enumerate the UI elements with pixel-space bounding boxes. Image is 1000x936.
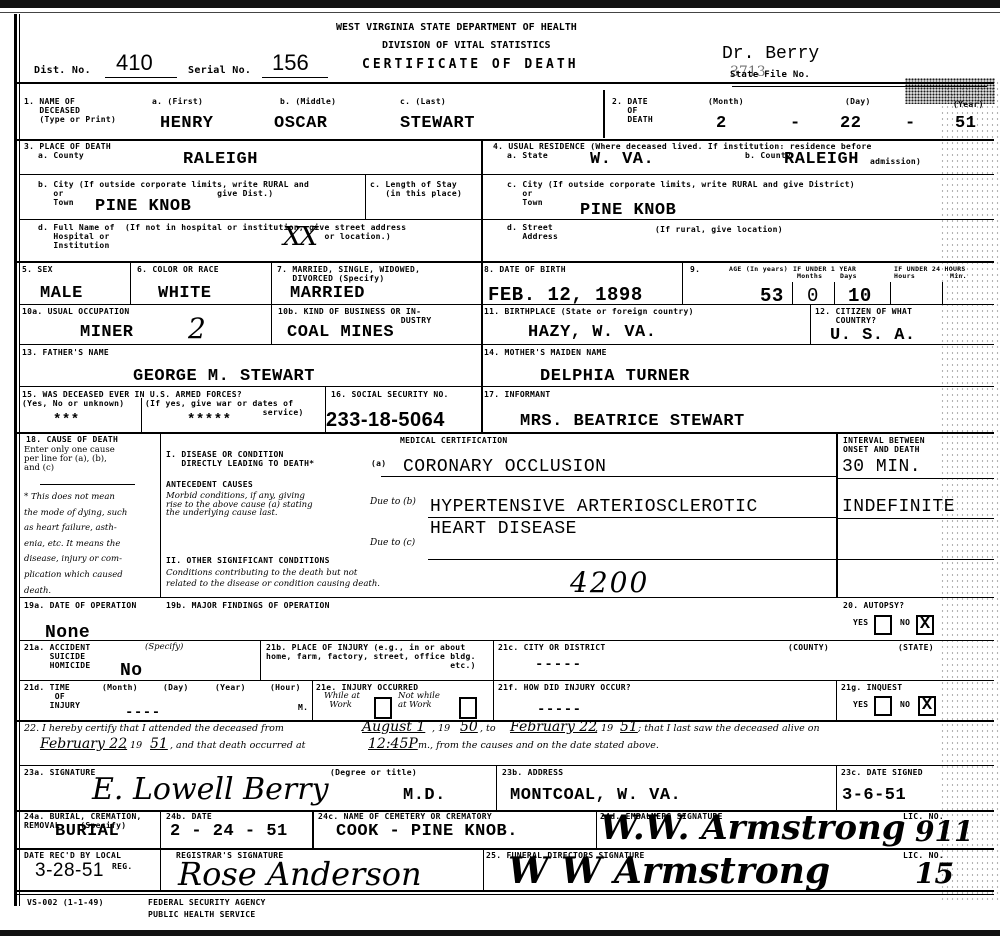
dob-label: 8. DATE OF BIRTH bbox=[484, 265, 566, 274]
father-label: 13. FATHER'S NAME bbox=[22, 348, 109, 357]
cemetery-label: 24c. NAME OF CEMETERY OR CREMATORY bbox=[318, 812, 492, 821]
other-conditions-label: II. OTHER SIGNIFICANT CONDITIONS bbox=[166, 556, 330, 565]
cemetery-value: COOK - PINE KNOB. bbox=[336, 822, 518, 841]
frame-left-inner bbox=[19, 14, 20, 906]
interval-a-line bbox=[838, 478, 994, 479]
row22-divider bbox=[20, 765, 994, 766]
dob-value: FEB. 12, 1898 bbox=[488, 284, 643, 306]
death-day-value: 22 bbox=[840, 114, 861, 133]
row4b-divider bbox=[482, 219, 994, 220]
accident-label: 21a. ACCIDENT SUICIDE HOMICIDE bbox=[24, 643, 91, 670]
interval-divider bbox=[836, 432, 838, 597]
dist-no-value: 410 bbox=[116, 50, 153, 76]
public-health-service: PUBLIC HEALTH SERVICE bbox=[148, 910, 255, 919]
row5-divider bbox=[20, 304, 994, 305]
hospital-label: d. Full Name of (If not in hospital or i… bbox=[38, 223, 406, 250]
certify-text-3: , and that death occurred at bbox=[170, 741, 305, 750]
burial-date-label: 24b. DATE bbox=[166, 812, 212, 821]
attended-from-date: August 1 bbox=[362, 719, 425, 735]
antecedent-label: ANTECEDENT CAUSES bbox=[166, 480, 253, 489]
cause-left-divider bbox=[160, 432, 161, 597]
registrar-signature: Rose Anderson bbox=[178, 855, 422, 893]
injury-month-label: (Month) bbox=[102, 683, 138, 692]
cause-instructions: Enter only one cause per line for (a), (… bbox=[24, 446, 115, 473]
to-year-prefix: , 19 bbox=[595, 724, 613, 733]
federal-agency: FEDERAL SECURITY AGENCY bbox=[148, 898, 266, 907]
scan-edge-top bbox=[0, 0, 1000, 8]
autopsy-no-checkbox[interactable]: X bbox=[916, 615, 934, 635]
row24-divider bbox=[14, 848, 994, 850]
degree-label: (Degree or title) bbox=[330, 768, 417, 777]
date-signed-value: 3-6-51 bbox=[842, 786, 906, 805]
race-value: WHITE bbox=[158, 284, 212, 303]
agency-title: WEST VIRGINIA STATE DEPARTMENT OF HEALTH bbox=[336, 22, 577, 33]
residence-city-value: PINE KNOB bbox=[580, 201, 676, 220]
to-label: , to bbox=[480, 724, 496, 733]
cause-c-label: Due to (c) bbox=[370, 539, 415, 548]
injury-day-label: (Day) bbox=[163, 683, 189, 692]
accident-specify: (Specify) bbox=[145, 643, 183, 652]
cause-instr-rule bbox=[40, 484, 135, 485]
hours-label: Hours bbox=[894, 272, 915, 281]
inquest-no-label: NO bbox=[900, 700, 910, 709]
death-year-label: (Year) bbox=[953, 100, 984, 109]
25a-25b-divider bbox=[160, 848, 161, 890]
age-years-label: AGE (In years) bbox=[729, 265, 788, 274]
burial-date-value: 2 - 24 - 51 bbox=[170, 822, 288, 841]
doctor-annotation: Dr. Berry bbox=[722, 44, 819, 64]
embalmer-signature: W.W. Armstrong bbox=[600, 808, 906, 848]
serial-no-value: 156 bbox=[272, 50, 309, 76]
21f-21g-divider bbox=[836, 680, 837, 720]
cause-a-value: CORONARY OCCLUSION bbox=[403, 457, 606, 477]
cause-footnote: * This does not mean the mode of dying, … bbox=[24, 490, 127, 599]
ssn-label: 16. SOCIAL SECURITY NO. bbox=[331, 390, 449, 399]
first-name-label: a. (First) bbox=[152, 97, 203, 106]
inquest-no-checkbox[interactable]: X bbox=[918, 696, 936, 716]
months-label: Months bbox=[797, 272, 822, 281]
citizen-divider bbox=[810, 304, 811, 344]
cause-b-interval: INDEFINITE bbox=[842, 497, 955, 517]
marital-value: MARRIED bbox=[290, 284, 365, 303]
cause-a-line bbox=[381, 476, 836, 477]
last-name-value: STEWART bbox=[400, 114, 475, 133]
race-label: 6. COLOR OR RACE bbox=[137, 265, 219, 274]
degree-value: M.D. bbox=[403, 786, 446, 805]
min-label: Min. bbox=[950, 272, 967, 281]
inquest-label: 21g. INQUEST bbox=[841, 683, 902, 692]
age-div-4 bbox=[942, 282, 943, 304]
disposition-value: BURIAL bbox=[55, 822, 119, 841]
injury-meridiem-label: M. bbox=[298, 703, 308, 712]
row3a-divider bbox=[20, 174, 481, 175]
street-label: d. Street Address bbox=[507, 223, 558, 241]
middle-name-value: OSCAR bbox=[274, 114, 328, 133]
form-number: VS-002 (1-1-49) bbox=[27, 898, 104, 907]
autopsy-label: 20. AUTOPSY? bbox=[843, 601, 904, 610]
cause-i-label: I. DISEASE OR CONDITION DIRECTLY LEADING… bbox=[166, 450, 314, 468]
cause-a-interval: 30 MIN. bbox=[842, 457, 921, 477]
time-of-injury-label: 21d. TIME OF INJURY bbox=[24, 683, 80, 710]
armed-forces-value-a: *** bbox=[53, 412, 80, 428]
injury-state-label: (STATE) bbox=[898, 643, 934, 652]
mother-label: 14. MOTHER'S MAIDEN NAME bbox=[484, 348, 607, 357]
place-of-injury-label: 21b. PLACE OF INJURY (e.g., in or about … bbox=[266, 643, 476, 670]
col-split-16 bbox=[481, 386, 483, 432]
birthplace-value: HAZY, W. VA. bbox=[528, 323, 656, 342]
signature-label: 23a. SIGNATURE bbox=[24, 768, 96, 777]
middle-name-label: b. (Middle) bbox=[280, 97, 336, 106]
scan-noise bbox=[940, 80, 1000, 900]
injury-year-label: (Year) bbox=[215, 683, 246, 692]
to-year: 51 bbox=[620, 719, 638, 735]
address-label: 23b. ADDRESS bbox=[502, 768, 563, 777]
birthplace-label: 11. BIRTHPLACE (State or foreign country… bbox=[484, 307, 694, 316]
stay-divider bbox=[365, 174, 366, 219]
admission-label: admission) bbox=[870, 157, 921, 166]
row3-4-divider bbox=[14, 261, 994, 263]
armed-forces-div bbox=[141, 398, 142, 432]
24a-24b-divider bbox=[160, 810, 161, 848]
death-sep-1: - bbox=[790, 114, 801, 133]
col-split-13 bbox=[481, 344, 483, 386]
frame-left bbox=[14, 14, 17, 906]
death-time: 12:45P bbox=[368, 736, 418, 752]
other-conditions-sub: Conditions contributing to the death but… bbox=[166, 568, 380, 590]
cause-b-value-2: HEART DISEASE bbox=[430, 519, 577, 539]
inquest-yes-label: YES bbox=[853, 700, 868, 709]
23b-23c-divider bbox=[836, 765, 837, 810]
first-name-value: HENRY bbox=[160, 114, 214, 133]
21a-21b-divider bbox=[260, 640, 261, 680]
age-div-2 bbox=[834, 282, 835, 304]
residence-state-label: a. State bbox=[507, 151, 548, 160]
item3-label: 3. PLACE OF DEATH bbox=[24, 142, 111, 151]
frame-top bbox=[0, 12, 1000, 13]
funeral-lic-no: 15 bbox=[915, 857, 954, 890]
header-divider bbox=[14, 82, 994, 84]
death-year-value: 51 bbox=[955, 114, 976, 133]
occupation-value: MINER bbox=[80, 323, 134, 342]
autopsy-yes-label: YES bbox=[853, 618, 868, 627]
serial-no-label: Serial No. bbox=[188, 66, 251, 75]
sex-race-divider bbox=[130, 261, 131, 304]
place-county-label: a. County bbox=[38, 151, 84, 160]
injury-city-label: 21c. CITY OR DISTRICT bbox=[498, 643, 605, 652]
item2-divider bbox=[603, 90, 605, 138]
23a-23b-divider bbox=[496, 765, 497, 810]
24c-24d-divider bbox=[596, 810, 597, 848]
injury-city-value: ----- bbox=[535, 657, 582, 673]
ssn-value: 233-18-5064 bbox=[326, 409, 445, 432]
time-of-injury-value: ---- bbox=[125, 705, 161, 721]
age-div-3 bbox=[890, 282, 891, 304]
other-conditions-code: 4200 bbox=[570, 566, 649, 599]
certify-text-1: 22. I hereby certify that I attended the… bbox=[24, 724, 284, 733]
accident-value: No bbox=[120, 661, 143, 681]
interval-b-line bbox=[838, 518, 994, 519]
autopsy-no-label: NO bbox=[900, 618, 910, 627]
age-div-1 bbox=[792, 282, 793, 304]
date-received-label: DATE REC'D BY LOCAL bbox=[24, 851, 121, 860]
bottom-rule-2 bbox=[14, 894, 994, 895]
state-file-line bbox=[732, 86, 987, 87]
while-at-work-label: While at Work bbox=[324, 692, 360, 710]
cause-of-death-label: 18. CAUSE OF DEATH bbox=[26, 435, 118, 444]
occupation-code: 2 bbox=[188, 312, 206, 345]
death-sep-2: - bbox=[905, 114, 916, 133]
not-at-work-label: Not while at Work bbox=[398, 692, 440, 710]
last-year-prefix: , 19 bbox=[124, 741, 142, 750]
certificate-title: CERTIFICATE OF DEATH bbox=[362, 57, 579, 72]
race-married-divider bbox=[271, 261, 272, 344]
place-county-value: RALEIGH bbox=[183, 150, 258, 169]
residence-city-label: c. City (If outside corporate limits, wr… bbox=[507, 180, 855, 207]
last-seen-year: 51 bbox=[150, 736, 168, 752]
place-city-value: PINE KNOB bbox=[95, 197, 191, 216]
from-year-prefix: , 19 bbox=[432, 724, 450, 733]
operation-date-label: 19a. DATE OF OPERATION bbox=[24, 601, 137, 610]
sex-value: MALE bbox=[40, 284, 83, 303]
attended-to-date: February 22 bbox=[510, 719, 597, 735]
item2-label: 2. DATE OF DEATH bbox=[612, 97, 653, 124]
citizenship-value: U. S. A. bbox=[830, 326, 916, 345]
embalmer-lic-no: 911 bbox=[915, 815, 973, 848]
father-value: GEORGE M. STEWART bbox=[133, 367, 315, 386]
row10-divider bbox=[20, 344, 994, 345]
armed-forces-value-b: ***** bbox=[187, 412, 232, 428]
death-certificate: WEST VIRGINIA STATE DEPARTMENT OF HEALTH… bbox=[0, 0, 1000, 936]
funeral-director-signature: W W Armstrong bbox=[508, 850, 830, 892]
cause-b-label: Due to (b) bbox=[370, 498, 416, 507]
last-name-label: c. (Last) bbox=[400, 97, 446, 106]
last-seen-date: February 22 bbox=[40, 736, 127, 752]
informant-value: MRS. BEATRICE STEWART bbox=[520, 412, 745, 431]
row1-divider bbox=[14, 139, 994, 141]
operation-findings-label: 19b. MAJOR FINDINGS OF OPERATION bbox=[166, 601, 330, 610]
death-month-label: (Month) bbox=[708, 97, 744, 106]
citizenship-label: 12. CITIZEN OF WHAT COUNTRY? bbox=[815, 307, 912, 325]
dist-no-line bbox=[105, 77, 177, 78]
days-label: Days bbox=[840, 272, 857, 281]
inquest-yes-checkbox[interactable] bbox=[874, 696, 892, 716]
cause-b-line bbox=[428, 517, 836, 518]
mother-value: DELPHIA TURNER bbox=[540, 367, 690, 386]
death-day-label: (Day) bbox=[845, 97, 871, 106]
injury-hour-label: (Hour) bbox=[270, 683, 301, 692]
occupation-label: 10a. USUAL OCCUPATION bbox=[22, 307, 129, 316]
sex-label: 5. SEX bbox=[22, 265, 53, 274]
row19-divider bbox=[20, 640, 994, 641]
cause-a-label: (a) bbox=[371, 459, 386, 468]
how-injury-value: ----- bbox=[537, 702, 582, 718]
21d-21e-divider bbox=[312, 680, 313, 720]
armed-forces-label: 15. WAS DECEASED EVER IN U.S. ARMED FORC… bbox=[22, 390, 242, 399]
dist-no-label: Dist. No. bbox=[34, 66, 91, 75]
date-received-value: 3-28-51 bbox=[35, 860, 104, 882]
25b-25c-divider bbox=[483, 848, 484, 890]
death-month-value: 2 bbox=[716, 114, 727, 133]
row13-divider bbox=[20, 386, 994, 387]
while-at-work-checkbox[interactable] bbox=[374, 697, 392, 719]
armed-forces-sub-a: (Yes, No or unknown) bbox=[22, 399, 124, 408]
item1-label: 1. NAME OF DECEASED (Type or Print) bbox=[24, 97, 116, 124]
medical-certification-title: MEDICAL CERTIFICATION bbox=[400, 436, 507, 445]
row4a-divider bbox=[482, 174, 994, 175]
reg-label: REG. bbox=[112, 862, 132, 871]
row15-divider bbox=[14, 432, 994, 434]
certify-text-2: ; that I last saw the deceased alive on bbox=[638, 724, 820, 733]
scan-edge-bottom bbox=[0, 930, 1000, 936]
division-title: DIVISION OF VITAL STATISTICS bbox=[382, 40, 551, 51]
informant-label: 17. INFORMANT bbox=[484, 390, 551, 399]
date-signed-label: 23c. DATE SIGNED bbox=[841, 768, 923, 777]
cause-c-line bbox=[428, 559, 836, 560]
morbid-conditions-label: Morbid conditions, if any, giving rise t… bbox=[166, 492, 313, 518]
row21a-divider bbox=[20, 680, 994, 681]
serial-no-line bbox=[262, 77, 328, 78]
residence-state-value: W. VA. bbox=[590, 150, 654, 169]
industry-value: COAL MINES bbox=[287, 323, 394, 342]
bottom-rule bbox=[14, 890, 994, 892]
rural-location-label: (If rural, give location) bbox=[655, 225, 783, 234]
24b-24c-divider bbox=[312, 810, 314, 848]
from-year: 50 bbox=[460, 719, 478, 735]
interval-c-line bbox=[838, 559, 994, 560]
marital-label: 7. MARRIED, SINGLE, WIDOWED, DIVORCED (S… bbox=[277, 265, 420, 283]
length-of-stay-label: c. Length of Stay (in this place) bbox=[370, 180, 462, 198]
age-item-label: 9. bbox=[690, 265, 700, 274]
interval-label: INTERVAL BETWEEN ONSET AND DEATH bbox=[843, 436, 925, 454]
not-at-work-checkbox[interactable] bbox=[459, 697, 477, 719]
physician-signature: E. Lowell Berry bbox=[92, 772, 329, 807]
how-injury-label: 21f. HOW DID INJURY OCCUR? bbox=[498, 683, 631, 692]
row18-divider bbox=[20, 597, 994, 598]
dob-age-divider bbox=[682, 261, 683, 304]
row21-divider bbox=[14, 720, 994, 722]
cause-b-value-1: HYPERTENSIVE ARTERIOSCLEROTIC bbox=[430, 497, 758, 517]
address-value: MONTCOAL, W. VA. bbox=[510, 786, 681, 805]
col-split-3-4 bbox=[481, 139, 483, 261]
certify-text-4: m., from the causes and on the date stat… bbox=[418, 741, 659, 750]
row3b-divider bbox=[20, 219, 481, 220]
residence-county-value: RALEIGH bbox=[784, 150, 859, 169]
injury-county-label: (COUNTY) bbox=[788, 643, 829, 652]
state-file-no-value: 3713 bbox=[730, 64, 766, 80]
hospital-value: XX bbox=[283, 222, 316, 252]
autopsy-yes-checkbox[interactable] bbox=[874, 615, 892, 635]
